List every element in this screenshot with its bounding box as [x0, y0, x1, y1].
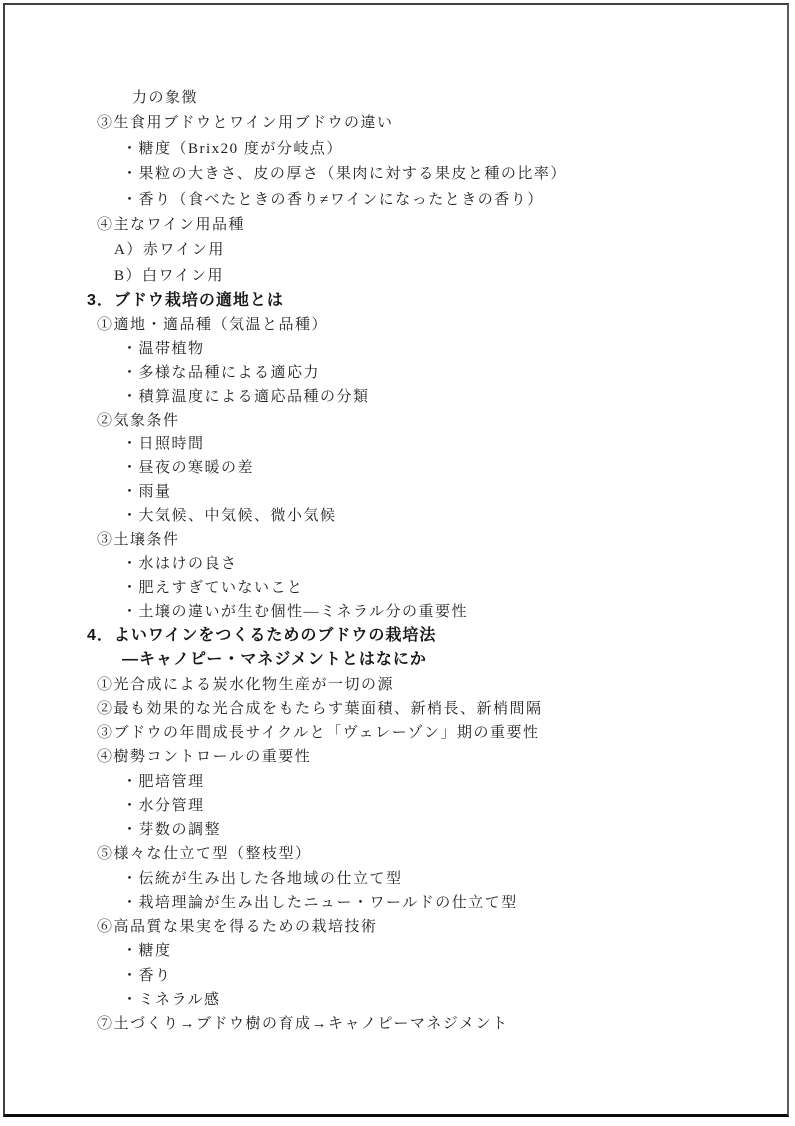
outline-line: B）白ワイン用 [114, 267, 224, 285]
outline-line: ・伝統が生み出した各地域の仕立て型 [122, 870, 403, 888]
outline-line: ・果粒の大きさ、皮の厚さ（果肉に対する果皮と種の比率） [122, 165, 567, 183]
outline-line: ④樹勢コントロールの重要性 [97, 748, 311, 766]
outline-line: 力の象徴 [132, 89, 198, 107]
outline-line: ・多様な品種による適応力 [122, 364, 320, 382]
outline-line: ・温帯植物 [122, 340, 205, 358]
outline-line: ・ミネラル感 [122, 991, 221, 1009]
outline-line: ②最も効果的な光合成をもたらす葉面積、新梢長、新梢間隔 [97, 700, 543, 718]
outline-line: ・糖度（Brix20 度が分岐点） [122, 140, 343, 158]
outline-line: ⑤様々な仕立て型（整枝型） [97, 845, 312, 863]
outline-line: ③生食用ブドウとワイン用ブドウの違い [97, 114, 394, 132]
outline-line: 4．よいワインをつくるためのブドウの栽培法 [87, 627, 436, 645]
outline-line: A）赤ワイン用 [114, 241, 225, 259]
outline-line: ②気象条件 [97, 412, 180, 430]
outline-line: 3．ブドウ栽培の適地とは [87, 292, 284, 310]
outline-line: ・栽培理論が生み出したニュー・ワールドの仕立て型 [122, 894, 518, 912]
outline-line: ③ブドウの年間成長サイクルと「ヴェレーゾン」期の重要性 [97, 724, 540, 742]
outline-line: ・香り [122, 967, 172, 985]
outline-line: ③土壌条件 [97, 531, 180, 549]
outline-line: ・肥培管理 [122, 773, 205, 791]
outline-line: ・積算温度による適応品種の分類 [122, 388, 370, 406]
outline-line: ・香り（食べたときの香り≠ワインになったときの香り） [122, 191, 544, 209]
outline-line: ・水分管理 [122, 797, 205, 815]
outline-line: ①光合成による炭水化物生産が一切の源 [97, 676, 394, 694]
outline-line: ・水はけの良さ [122, 555, 238, 573]
outline-line: ・土壌の違いが生む個性―ミネラル分の重要性 [122, 603, 468, 621]
document-page: 力の象徴③生食用ブドウとワイン用ブドウの違い・糖度（Brix20 度が分岐点）・… [3, 3, 789, 1117]
outline-line: ①適地・適品種（気温と品種） [97, 316, 328, 334]
outline-line: ・芽数の調整 [122, 821, 221, 839]
outline-line: ⑥高品質な果実を得るための栽培技術 [97, 918, 378, 936]
outline-line: ・昼夜の寒暖の差 [122, 459, 254, 477]
outline-line: ・肥えすぎていないこと [122, 579, 304, 597]
outline-line: ⑦土づくり→ブドウ樹の育成→キャノピーマネジメント [97, 1015, 508, 1033]
outline-line: ・大気候、中気候、微小気候 [122, 507, 337, 525]
outline-line: ④主なワイン用品種 [97, 216, 245, 234]
outline-line: ―キャノピー・マネジメントとはなにか [122, 651, 427, 669]
outline-line: ・日照時間 [122, 435, 205, 453]
outline-line: ・糖度 [122, 942, 172, 960]
outline-line: ・雨量 [122, 483, 172, 501]
